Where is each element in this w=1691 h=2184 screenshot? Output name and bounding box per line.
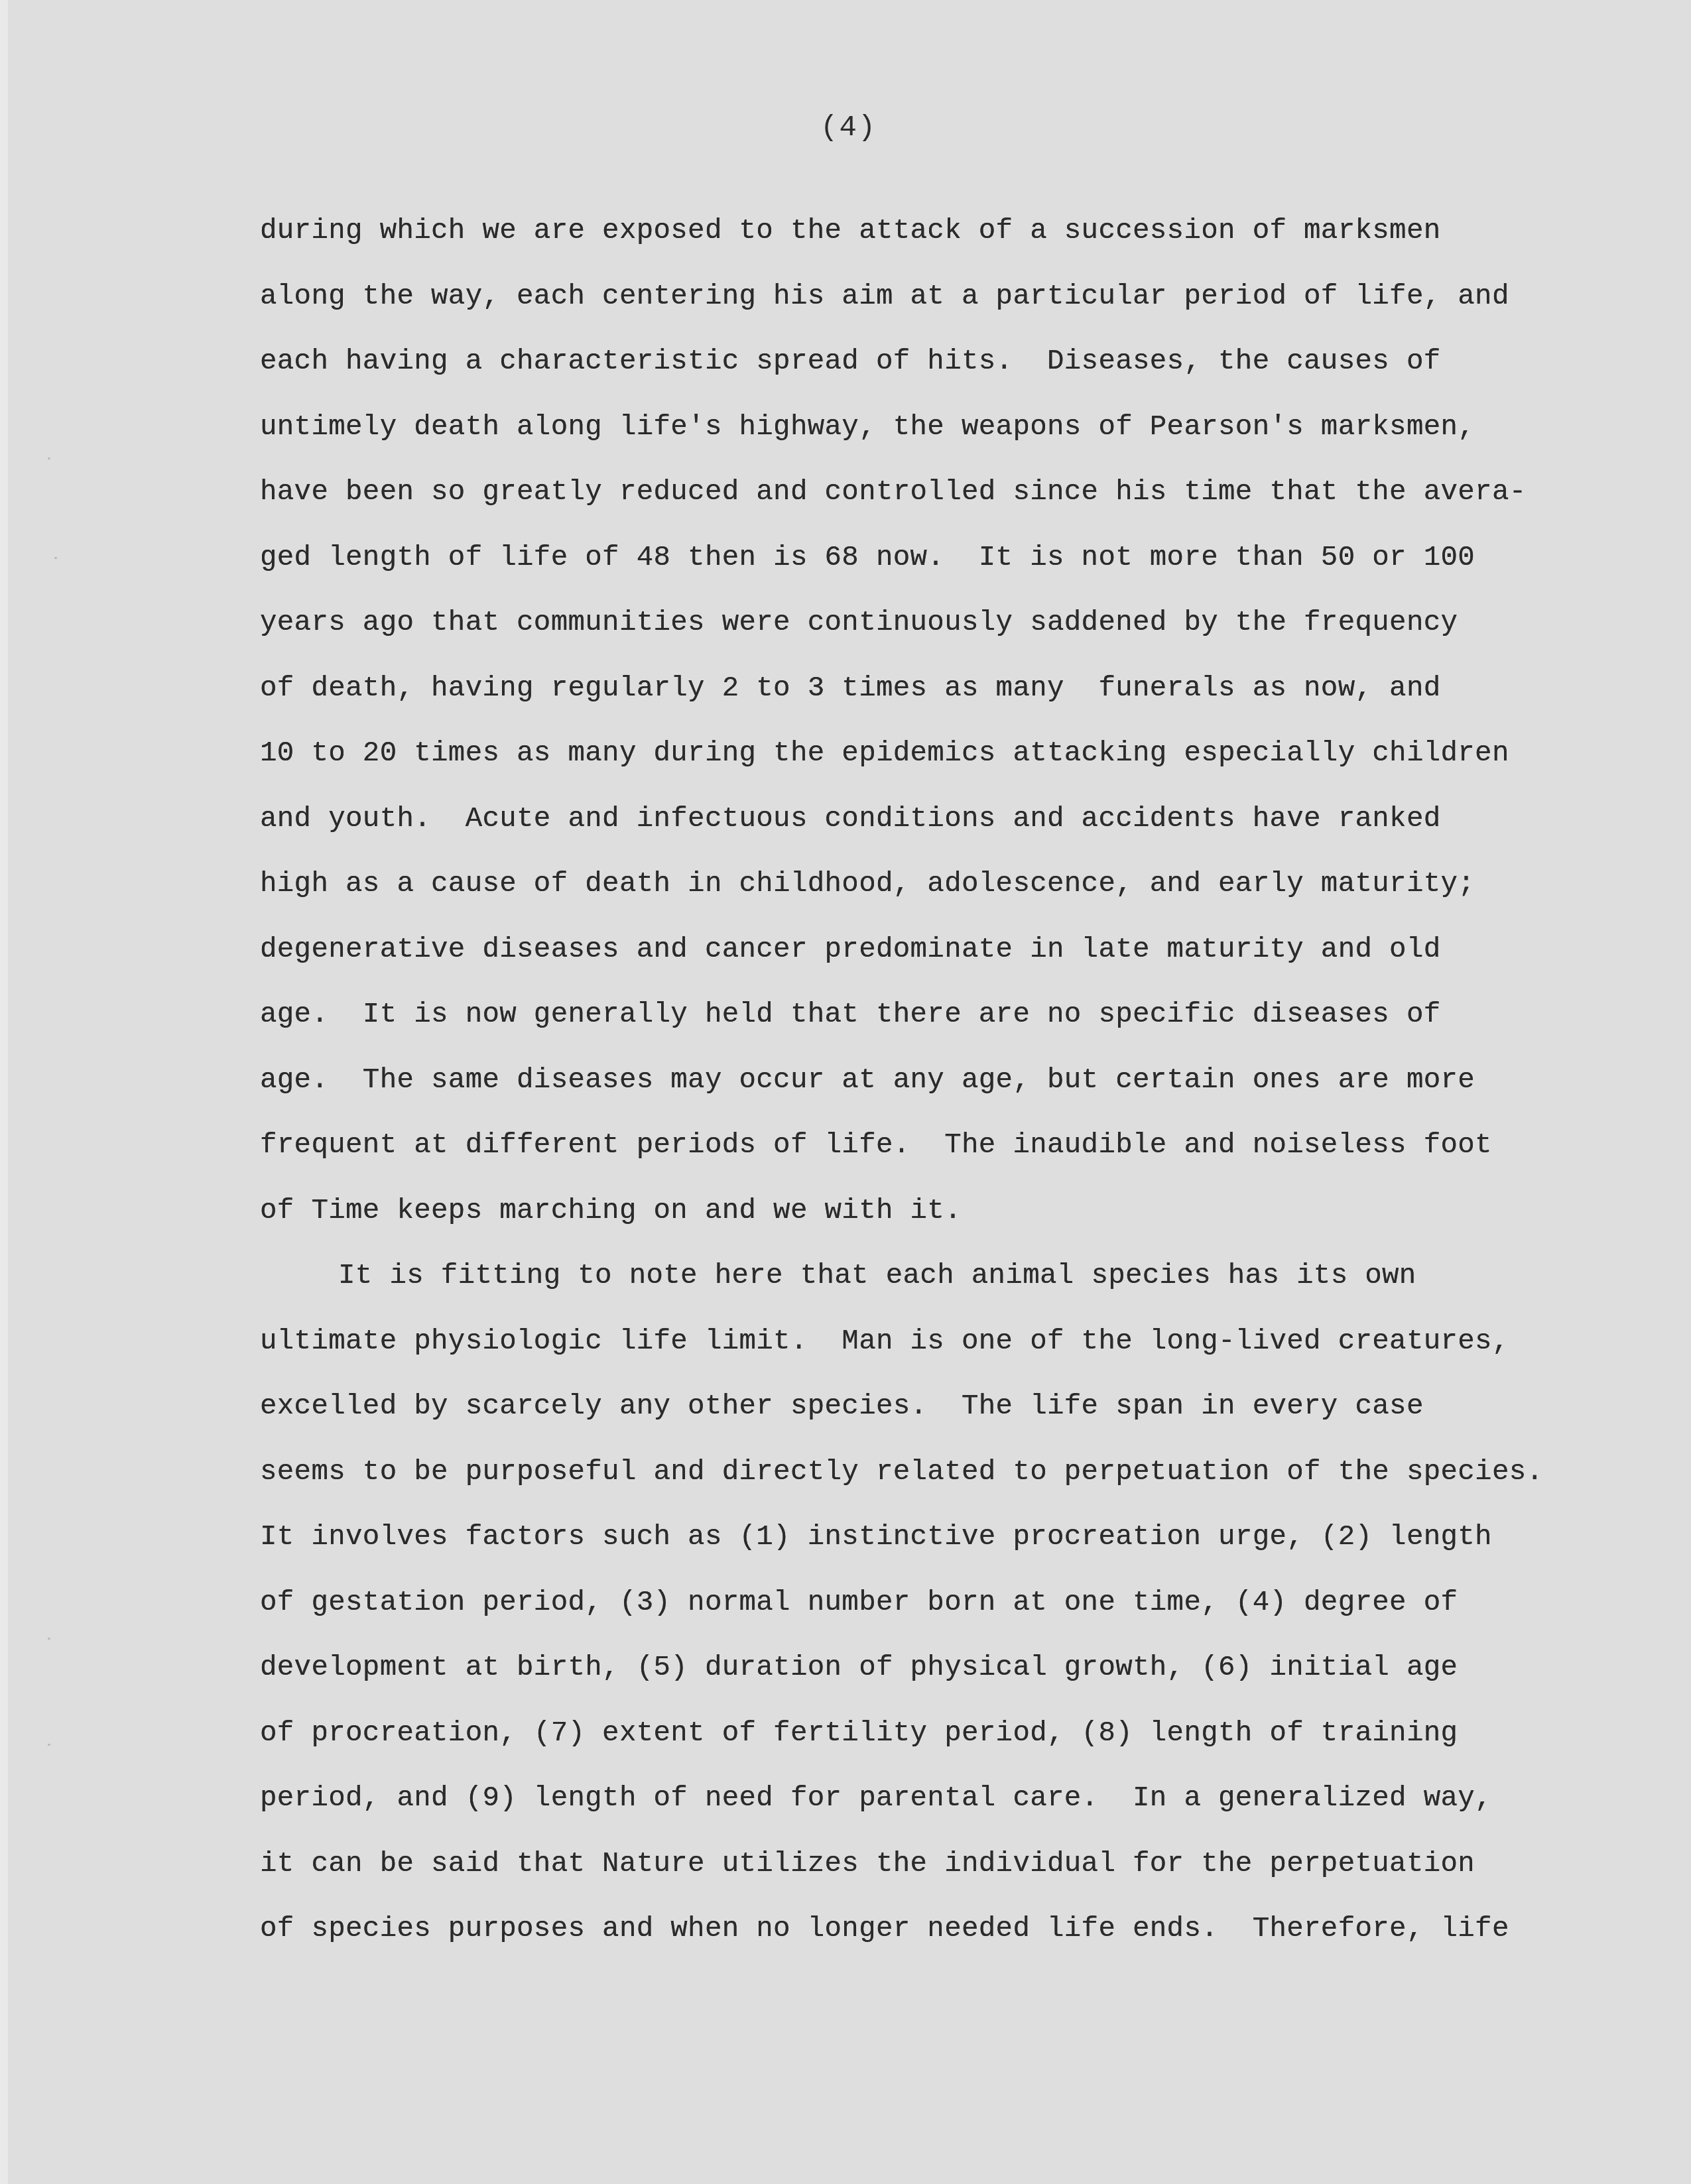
text-line: and youth. Acute and infectuous conditio… [260, 799, 1520, 865]
text-line: ged length of life of 48 then is 68 now.… [260, 538, 1520, 603]
text-line: age. It is now generally held that there… [260, 995, 1520, 1060]
document-page: (4) during which we are exposed to the a… [8, 0, 1691, 2184]
text-line: age. The same diseases may occur at any … [260, 1060, 1520, 1126]
text-line: each having a characteristic spread of h… [260, 341, 1520, 407]
text-line: It involves factors such as (1) instinct… [260, 1517, 1520, 1583]
scan-speck [48, 1744, 50, 1746]
text-line: 10 to 20 times as many during the epidem… [260, 733, 1520, 799]
text-line: have been so greatly reduced and control… [260, 472, 1520, 538]
text-line: untimely death along life's highway, the… [260, 407, 1520, 473]
text-line: ultimate physiologic life limit. Man is … [260, 1321, 1520, 1387]
text-line: years ago that communities were continuo… [260, 603, 1520, 668]
scan-speck [54, 557, 57, 559]
text-line: during which we are exposed to the attac… [260, 211, 1520, 276]
text-line: degenerative diseases and cancer predomi… [260, 930, 1520, 995]
paragraph-start-line: It is fitting to note here that each ani… [260, 1256, 1520, 1321]
text-line: it can be said that Nature utilizes the … [260, 1844, 1520, 1910]
text-line: of death, having regularly 2 to 3 times … [260, 668, 1520, 734]
text-line: development at birth, (5) duration of ph… [260, 1648, 1520, 1713]
scan-speck [48, 457, 50, 459]
text-line: period, and (9) length of need for paren… [260, 1778, 1520, 1844]
text-line: excelled by scarcely any other species. … [260, 1386, 1520, 1452]
text-line: along the way, each centering his aim at… [260, 276, 1520, 342]
body-text: during which we are exposed to the attac… [260, 211, 1520, 1974]
page-number: (4) [820, 111, 877, 145]
text-line: frequent at different periods of life. T… [260, 1125, 1520, 1191]
text-line: of gestation period, (3) normal number b… [260, 1583, 1520, 1648]
text-line: seems to be purposeful and directly rela… [260, 1452, 1520, 1518]
text-line: of procreation, (7) extent of fertility … [260, 1713, 1520, 1779]
text-line: of species purposes and when no longer n… [260, 1909, 1520, 1974]
scan-speck [48, 1638, 50, 1640]
text-line: of Time keeps marching on and we with it… [260, 1191, 1520, 1256]
text-line: high as a cause of death in childhood, a… [260, 864, 1520, 930]
